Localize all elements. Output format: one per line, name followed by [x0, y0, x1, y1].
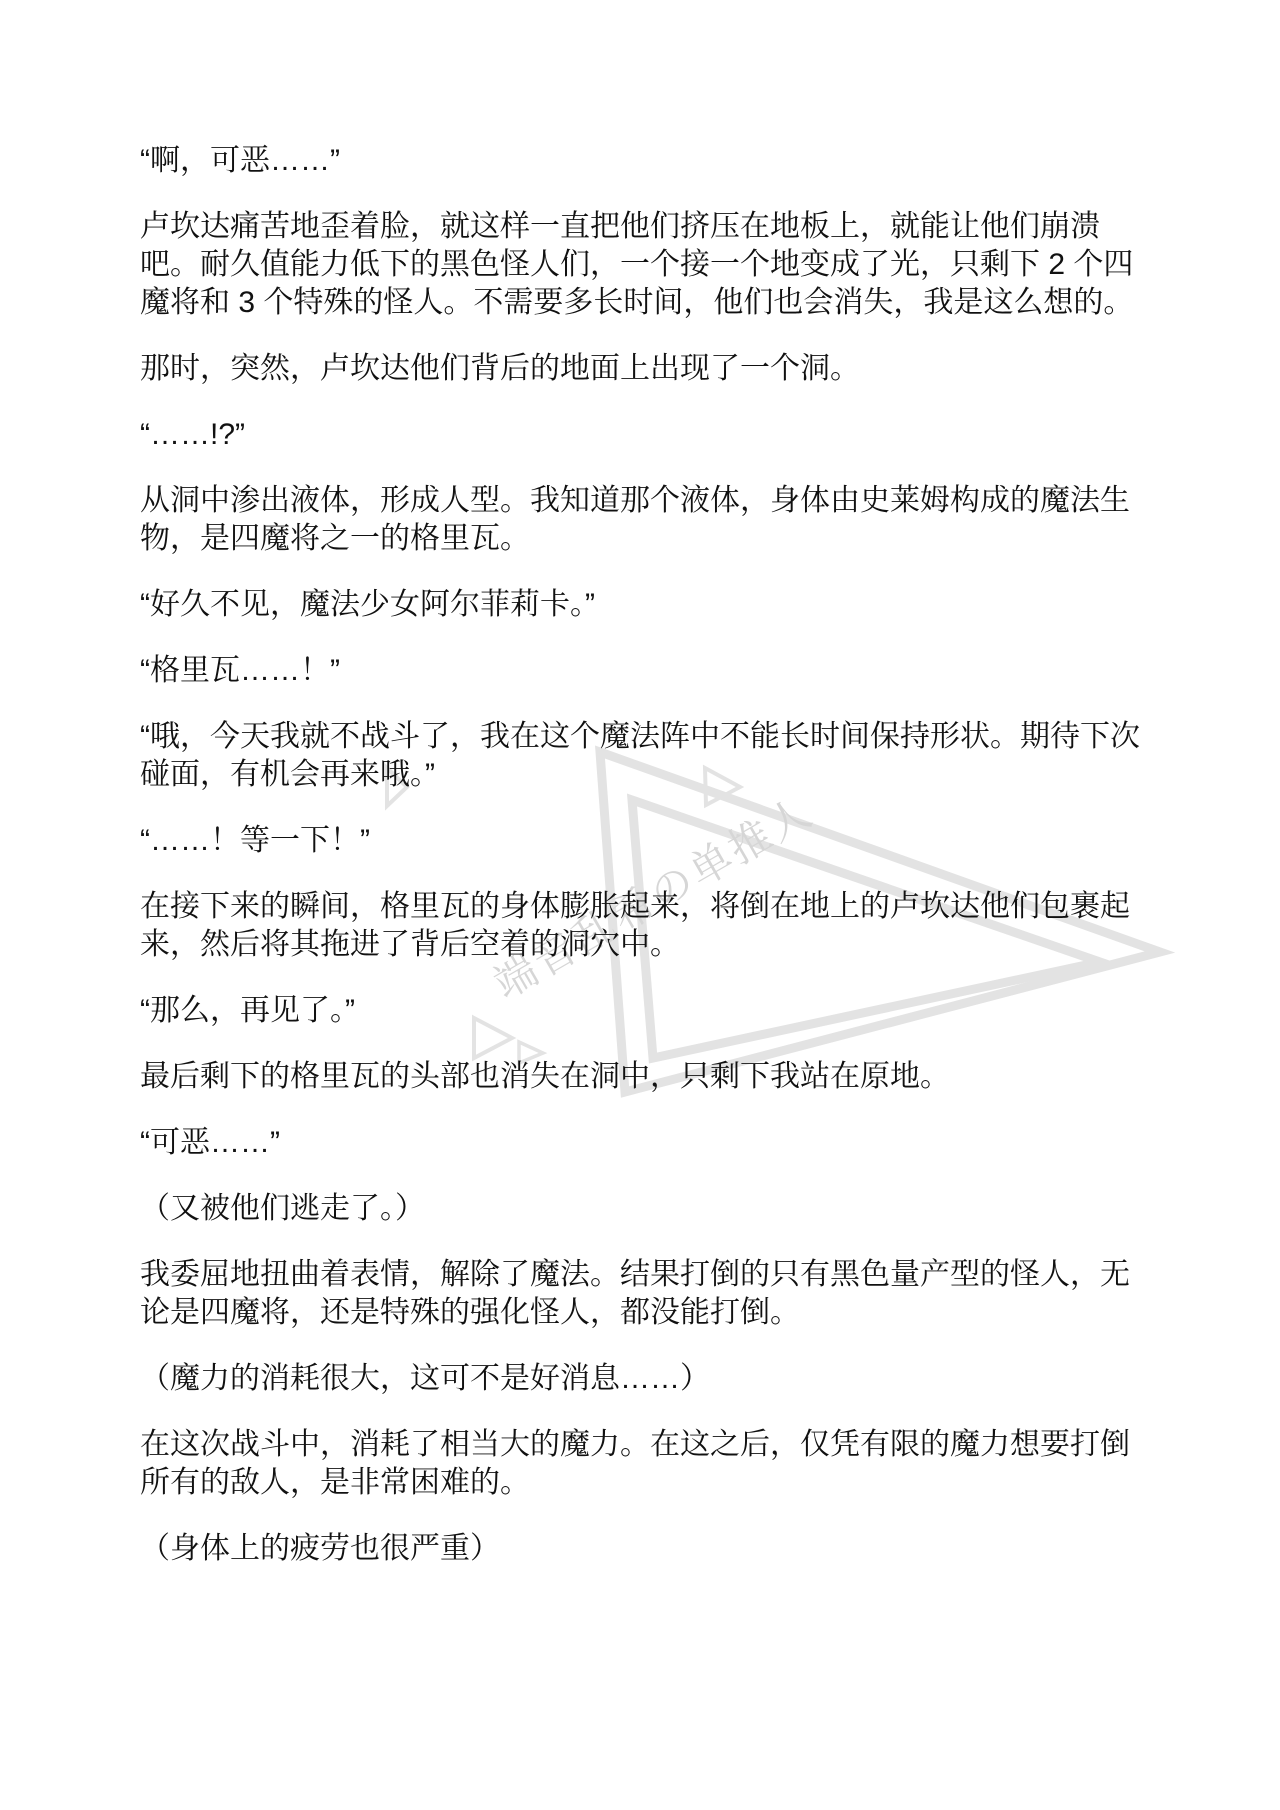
paragraph: “好久不见，魔法少女阿尔菲莉卡。”	[140, 586, 1145, 624]
novel-page: 端音乱希の单推人 “啊，可恶……”卢坎达痛苦地歪着脸，就这样一直把他们挤压在地板…	[0, 0, 1280, 1810]
story-text: “啊，可恶……”卢坎达痛苦地歪着脸，就这样一直把他们挤压在地板上，就能让他们崩溃…	[140, 142, 1145, 1596]
paragraph: “啊，可恶……”	[140, 142, 1145, 180]
paragraph: 从洞中渗出液体，形成人型。我知道那个液体，身体由史莱姆构成的魔法生物，是四魔将之…	[140, 482, 1145, 558]
paragraph: 在接下来的瞬间，格里瓦的身体膨胀起来，将倒在地上的卢坎达他们包裹起来，然后将其拖…	[140, 888, 1145, 964]
paragraph: （魔力的消耗很大，这可不是好消息……）	[140, 1360, 1145, 1398]
paragraph: “哦，今天我就不战斗了，我在这个魔法阵中不能长时间保持形状。期待下次碰面，有机会…	[140, 718, 1145, 794]
paragraph: “……!?”	[140, 416, 1145, 454]
paragraph: “……！等一下！”	[140, 822, 1145, 860]
paragraph: 卢坎达痛苦地歪着脸，就这样一直把他们挤压在地板上，就能让他们崩溃吧。耐久值能力低…	[140, 208, 1145, 322]
paragraph: 最后剩下的格里瓦的头部也消失在洞中，只剩下我站在原地。	[140, 1058, 1145, 1096]
paragraph: （又被他们逃走了。）	[140, 1190, 1145, 1228]
paragraph: 那时，突然，卢坎达他们背后的地面上出现了一个洞。	[140, 350, 1145, 388]
paragraph: “那么，再见了。”	[140, 992, 1145, 1030]
paragraph: 我委屈地扭曲着表情，解除了魔法。结果打倒的只有黑色量产型的怪人，无论是四魔将，还…	[140, 1256, 1145, 1332]
paragraph: 在这次战斗中，消耗了相当大的魔力。在这之后，仅凭有限的魔力想要打倒所有的敌人，是…	[140, 1426, 1145, 1502]
paragraph: “格里瓦……！”	[140, 652, 1145, 690]
paragraph: （身体上的疲劳也很严重）	[140, 1530, 1145, 1568]
paragraph: “可恶……”	[140, 1124, 1145, 1162]
